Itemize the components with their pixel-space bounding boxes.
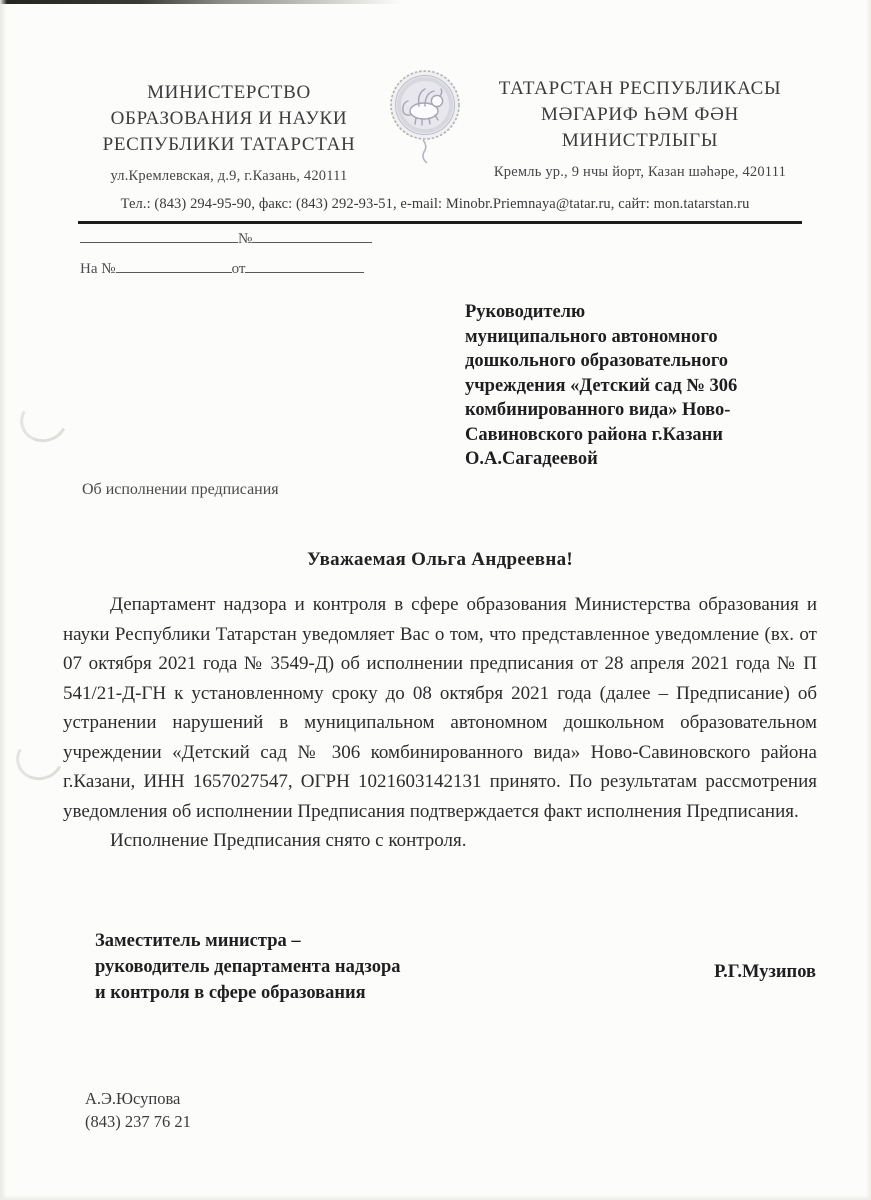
scan-edge-bottom xyxy=(0,1195,871,1200)
org-name-line: МИНИСТРЛЫГЫ xyxy=(472,128,808,154)
org-name-line: МИНИСТЕРСТВО xyxy=(92,80,366,106)
scan-edge-left xyxy=(0,0,7,1200)
executor-name: А.Э.Юсупова xyxy=(85,1087,191,1110)
org-name-line: РЕСПУБЛИКИ ТАТАРСТАН xyxy=(92,132,366,158)
tatarstan-emblem-stamp-icon xyxy=(388,68,462,172)
addressee-line: комбинированного вида» Ново- xyxy=(465,398,837,423)
signer-title-line: Заместитель министра – xyxy=(95,928,515,954)
org-name-line: ОБРАЗОВАНИЯ И НАУКИ xyxy=(92,106,366,132)
number-sign-label: № xyxy=(238,231,252,247)
letterhead-tatar: ТАТАРСТАН РЕСПУБЛИКАСЫ МӘГАРИФ ҺӘМ ФӘН М… xyxy=(472,76,808,181)
body-paragraph: Департамент надзора и контроля в сфере о… xyxy=(63,590,817,826)
outgoing-number-line: № xyxy=(80,229,372,248)
executor-block: А.Э.Юсупова (843) 237 76 21 xyxy=(85,1087,191,1133)
org-address: ул.Кремлевская, д.9, г.Казань, 420111 xyxy=(92,168,366,185)
addressee-line: дошкольного образовательного xyxy=(465,349,837,374)
ot-label: от xyxy=(232,261,246,277)
org-name-line: ТАТАРСТАН РЕСПУБЛИКАСЫ xyxy=(472,76,808,102)
addressee-line: Руководителю xyxy=(465,300,837,325)
scanned-letter-page: МИНИСТЕРСТВО ОБРАЗОВАНИЯ И НАУКИ РЕСПУБЛ… xyxy=(0,0,871,1200)
signer-title-block: Заместитель министра – руководитель депа… xyxy=(95,928,515,1006)
body-paragraph: Исполнение Предписания снято с контроля. xyxy=(63,826,817,856)
executor-phone: (843) 237 76 21 xyxy=(85,1110,191,1133)
addressee-block: Руководителю муниципального автономного … xyxy=(465,300,837,472)
blank-number-line xyxy=(252,229,372,243)
na-number-label: На № xyxy=(80,261,116,277)
hole-punch-mark xyxy=(14,392,73,449)
scan-artifact-top-strip xyxy=(0,0,400,4)
addressee-line: Савиновского района г.Казани xyxy=(465,423,837,448)
signer-title-line: руководитель департамента надзора xyxy=(95,954,515,980)
org-address: Кремль ур., 9 нчы йорт, Казан шәһәре, 42… xyxy=(472,164,808,181)
hole-punch-mark xyxy=(10,730,69,787)
scan-edge-right xyxy=(866,0,871,1200)
blank-date-line xyxy=(80,229,238,243)
org-name-line: МӘГАРИФ ҺӘМ ФӘН xyxy=(472,102,808,128)
addressee-line: О.А.Сагадеевой xyxy=(465,447,837,472)
signer-name: Р.Г.Музипов xyxy=(714,962,816,983)
addressee-line: муниципального автономного xyxy=(465,325,837,350)
contact-info-line: Тел.: (843) 294-95-90, факс: (843) 292-9… xyxy=(63,196,807,213)
blank-date-line xyxy=(245,259,364,273)
reply-to-number-line: На №от xyxy=(80,259,364,278)
addressee-line: учреждения «Детский сад № 306 xyxy=(465,374,837,399)
subject-line: Об исполнении предписания xyxy=(82,481,279,499)
blank-number-line xyxy=(116,259,232,273)
letter-body: Департамент надзора и контроля в сфере о… xyxy=(63,590,817,856)
signer-title-line: и контроля в сфере образования xyxy=(95,980,515,1006)
letterhead-russian: МИНИСТЕРСТВО ОБРАЗОВАНИЯ И НАУКИ РЕСПУБЛ… xyxy=(92,80,366,185)
salutation: Уважаемая Ольга Андреевна! xyxy=(63,549,817,571)
letterhead-divider-rule xyxy=(78,221,802,224)
